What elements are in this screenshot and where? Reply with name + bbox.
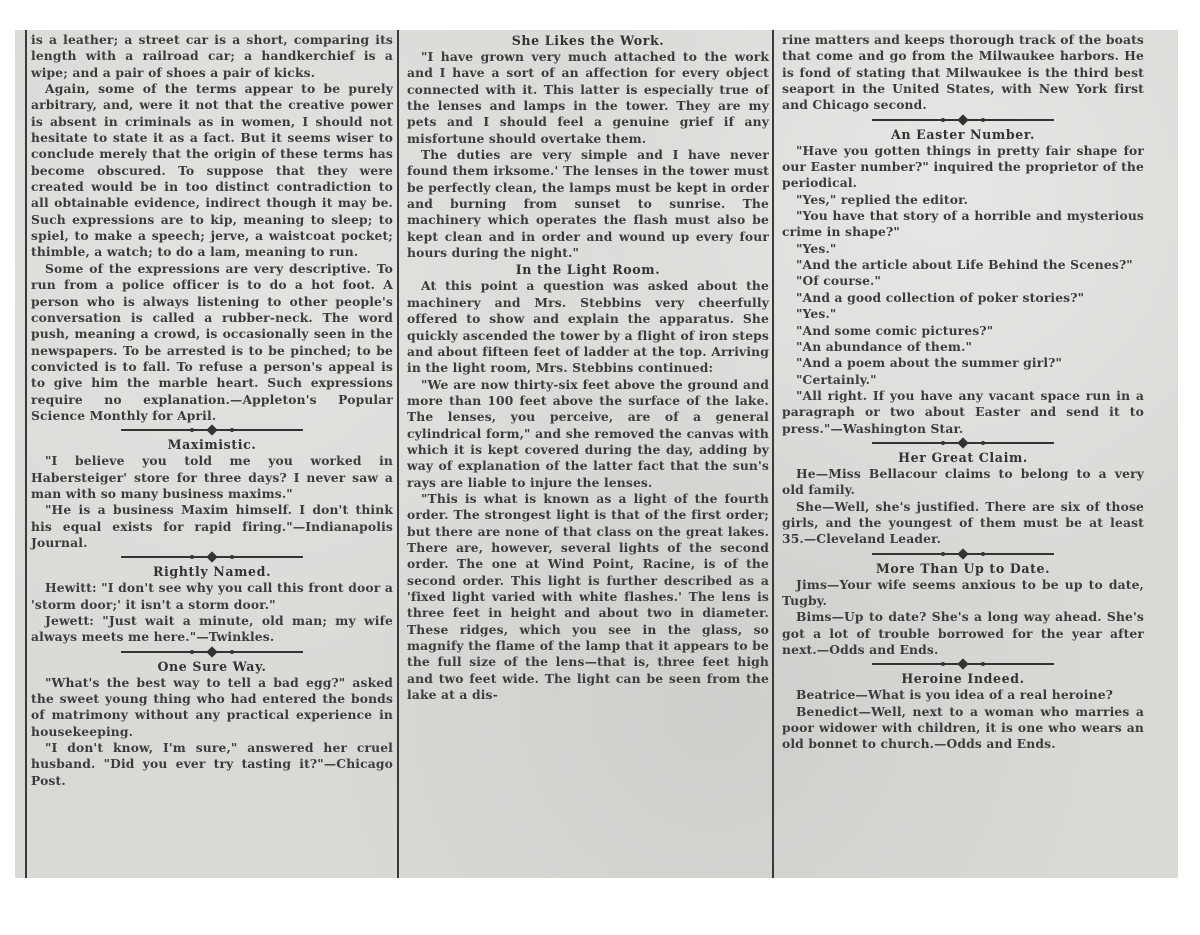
article-paragraph: "An abundance of them." <box>782 339 1144 355</box>
ornamental-separator <box>782 115 1144 125</box>
column-2: She Likes the Work."I have grown very mu… <box>407 32 769 703</box>
article-paragraph: Again, some of the terms appear to be pu… <box>31 81 393 261</box>
article-paragraph: is a leather; a street car is a short, c… <box>31 32 393 81</box>
article-paragraph: Jewett: "Just wait a minute, old man; my… <box>31 613 393 646</box>
article-headline: She Likes the Work. <box>407 32 769 49</box>
article-paragraph: "This is what is known as a light of the… <box>407 491 769 703</box>
ornamental-separator <box>782 438 1144 448</box>
article-paragraph: The duties are very simple and I have ne… <box>407 147 769 261</box>
article-paragraph: "All right. If you have any vacant space… <box>782 388 1144 437</box>
column-rule <box>25 30 27 878</box>
column-rule <box>397 30 399 878</box>
article-paragraph: Beatrice—What is you idea of a real hero… <box>782 687 1144 703</box>
article-headline: Heroine Indeed. <box>782 670 1144 687</box>
column-1: is a leather; a street car is a short, c… <box>31 32 393 789</box>
article-paragraph: "What's the best way to tell a bad egg?"… <box>31 675 393 740</box>
article-paragraph: At this point a question was asked about… <box>407 278 769 376</box>
article-paragraph: Bims—Up to date? She's a long way ahead.… <box>782 609 1144 658</box>
article-paragraph: Some of the expressions are very descrip… <box>31 261 393 424</box>
article-paragraph: "You have that story of a horrible and m… <box>782 208 1144 241</box>
article-paragraph: "And the article about Life Behind the S… <box>782 257 1144 273</box>
newspaper-scan: is a leather; a street car is a short, c… <box>15 30 1178 878</box>
ornamental-separator <box>782 549 1144 559</box>
article-paragraph: "Yes," replied the editor. <box>782 192 1144 208</box>
article-paragraph: Hewitt: "I don't see why you call this f… <box>31 580 393 613</box>
article-paragraph: He—Miss Bellacour claims to belong to a … <box>782 466 1144 499</box>
article-headline: Maximistic. <box>31 436 393 453</box>
article-paragraph: "He is a business Maxim himself. I don't… <box>31 502 393 551</box>
article-paragraph: "I don't know, I'm sure," answered her c… <box>31 740 393 789</box>
article-paragraph: Benedict—Well, next to a woman who marri… <box>782 704 1144 753</box>
article-paragraph: "I believe you told me you worked in Hab… <box>31 453 393 502</box>
article-paragraph: "Yes." <box>782 306 1144 322</box>
article-headline: More Than Up to Date. <box>782 560 1144 577</box>
ornamental-separator <box>31 552 393 562</box>
article-headline: Her Great Claim. <box>782 449 1144 466</box>
article-headline: An Easter Number. <box>782 126 1144 143</box>
article-paragraph: "I have grown very much attached to the … <box>407 49 769 147</box>
article-headline: Rightly Named. <box>31 563 393 580</box>
article-paragraph: "We are now thirty-six feet above the gr… <box>407 377 769 491</box>
article-headline: One Sure Way. <box>31 658 393 675</box>
article-paragraph: "Certainly." <box>782 372 1144 388</box>
article-paragraph: "And a poem about the summer girl?" <box>782 355 1144 371</box>
article-headline: In the Light Room. <box>407 261 769 278</box>
article-paragraph: "And some comic pictures?" <box>782 323 1144 339</box>
article-paragraph: "And a good collection of poker stories?… <box>782 290 1144 306</box>
column-3: rine matters and keeps thorough track of… <box>782 32 1144 753</box>
article-paragraph: rine matters and keeps thorough track of… <box>782 32 1144 114</box>
ornamental-separator <box>31 647 393 657</box>
article-paragraph: Jims—Your wife seems anxious to be up to… <box>782 577 1144 610</box>
article-paragraph: "Of course." <box>782 273 1144 289</box>
article-paragraph: She—Well, she's justified. There are six… <box>782 499 1144 548</box>
ornamental-separator <box>31 425 393 435</box>
article-paragraph: "Yes." <box>782 241 1144 257</box>
column-rule <box>772 30 774 878</box>
article-paragraph: "Have you gotten things in pretty fair s… <box>782 143 1144 192</box>
ornamental-separator <box>782 659 1144 669</box>
